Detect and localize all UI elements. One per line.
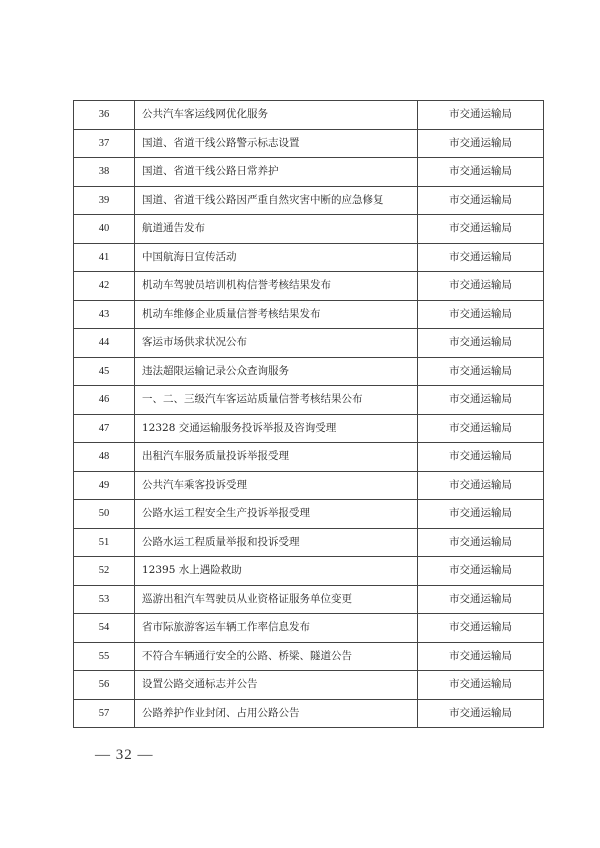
- row-number: 39: [74, 186, 135, 215]
- service-item: 机动车驾驶员培训机构信誉考核结果发布: [135, 272, 418, 301]
- table-row: 49公共汽车乘客投诉受理市交通运输局: [74, 471, 544, 500]
- row-number: 51: [74, 528, 135, 557]
- table-row: 39国道、省道干线公路因严重自然灾害中断的应急修复市交通运输局: [74, 186, 544, 215]
- table-row: 45违法超限运输记录公众查询服务市交通运输局: [74, 357, 544, 386]
- department: 市交通运输局: [418, 357, 544, 386]
- service-item: 国道、省道干线公路警示标志设置: [135, 129, 418, 158]
- service-item: 国道、省道干线公路因严重自然灾害中断的应急修复: [135, 186, 418, 215]
- department: 市交通运输局: [418, 300, 544, 329]
- row-number: 38: [74, 158, 135, 187]
- table-row: 42机动车驾驶员培训机构信誉考核结果发布市交通运输局: [74, 272, 544, 301]
- table-row: 5212395 水上遇险救助市交通运输局: [74, 557, 544, 586]
- row-number: 48: [74, 443, 135, 472]
- service-item: 客运市场供求状况公布: [135, 329, 418, 358]
- row-number: 49: [74, 471, 135, 500]
- department: 市交通运输局: [418, 671, 544, 700]
- row-number: 47: [74, 414, 135, 443]
- table-row: 38国道、省道干线公路日常养护市交通运输局: [74, 158, 544, 187]
- table-row: 53巡游出租汽车驾驶员从业资格证服务单位变更市交通运输局: [74, 585, 544, 614]
- service-item: 航道通告发布: [135, 215, 418, 244]
- department: 市交通运输局: [418, 500, 544, 529]
- service-item: 公路水运工程安全生产投诉举报受理: [135, 500, 418, 529]
- table-row: 4712328 交通运输服务投诉举报及咨询受理市交通运输局: [74, 414, 544, 443]
- row-number: 36: [74, 101, 135, 130]
- service-list-table: 36公共汽车客运线网优化服务市交通运输局37国道、省道干线公路警示标志设置市交通…: [73, 100, 544, 728]
- service-item: 公共汽车乘客投诉受理: [135, 471, 418, 500]
- table-row: 50公路水运工程安全生产投诉举报受理市交通运输局: [74, 500, 544, 529]
- service-item: 中国航海日宣传活动: [135, 243, 418, 272]
- row-number: 56: [74, 671, 135, 700]
- service-item: 12395 水上遇险救助: [135, 557, 418, 586]
- service-item: 12328 交通运输服务投诉举报及咨询受理: [135, 414, 418, 443]
- row-number: 53: [74, 585, 135, 614]
- service-item: 公路水运工程质量举报和投诉受理: [135, 528, 418, 557]
- table-row: 37国道、省道干线公路警示标志设置市交通运输局: [74, 129, 544, 158]
- row-number: 41: [74, 243, 135, 272]
- row-number: 50: [74, 500, 135, 529]
- row-number: 45: [74, 357, 135, 386]
- department: 市交通运输局: [418, 642, 544, 671]
- row-number: 43: [74, 300, 135, 329]
- department: 市交通运输局: [418, 329, 544, 358]
- table-body: 36公共汽车客运线网优化服务市交通运输局37国道、省道干线公路警示标志设置市交通…: [74, 101, 544, 728]
- table-row: 51公路水运工程质量举报和投诉受理市交通运输局: [74, 528, 544, 557]
- service-item: 公路养护作业封闭、占用公路公告: [135, 699, 418, 728]
- department: 市交通运输局: [418, 215, 544, 244]
- department: 市交通运输局: [418, 272, 544, 301]
- row-number: 42: [74, 272, 135, 301]
- row-number: 46: [74, 386, 135, 415]
- department: 市交通运输局: [418, 471, 544, 500]
- page-number: — 32 —: [95, 747, 154, 764]
- department: 市交通运输局: [418, 243, 544, 272]
- department: 市交通运输局: [418, 528, 544, 557]
- department: 市交通运输局: [418, 557, 544, 586]
- service-item: 机动车维修企业质量信誉考核结果发布: [135, 300, 418, 329]
- table-row: 57公路养护作业封闭、占用公路公告市交通运输局: [74, 699, 544, 728]
- row-number: 37: [74, 129, 135, 158]
- table-row: 40航道通告发布市交通运输局: [74, 215, 544, 244]
- department: 市交通运输局: [418, 585, 544, 614]
- service-item: 出租汽车服务质量投诉举报受理: [135, 443, 418, 472]
- table-row: 41中国航海日宣传活动市交通运输局: [74, 243, 544, 272]
- row-number: 40: [74, 215, 135, 244]
- row-number: 54: [74, 614, 135, 643]
- service-item: 巡游出租汽车驾驶员从业资格证服务单位变更: [135, 585, 418, 614]
- department: 市交通运输局: [418, 699, 544, 728]
- service-item: 不符合车辆通行安全的公路、桥梁、隧道公告: [135, 642, 418, 671]
- table-row: 44客运市场供求状况公布市交通运输局: [74, 329, 544, 358]
- department: 市交通运输局: [418, 129, 544, 158]
- table-row: 55不符合车辆通行安全的公路、桥梁、隧道公告市交通运输局: [74, 642, 544, 671]
- table-row: 48出租汽车服务质量投诉举报受理市交通运输局: [74, 443, 544, 472]
- table-row: 54省市际旅游客运车辆工作率信息发布市交通运输局: [74, 614, 544, 643]
- service-item: 公共汽车客运线网优化服务: [135, 101, 418, 130]
- table-row: 36公共汽车客运线网优化服务市交通运输局: [74, 101, 544, 130]
- department: 市交通运输局: [418, 186, 544, 215]
- department: 市交通运输局: [418, 386, 544, 415]
- table-row: 46一、二、三级汽车客运站质量信誉考核结果公布市交通运输局: [74, 386, 544, 415]
- department: 市交通运输局: [418, 158, 544, 187]
- service-item: 设置公路交通标志并公告: [135, 671, 418, 700]
- department: 市交通运输局: [418, 443, 544, 472]
- table-row: 56设置公路交通标志并公告市交通运输局: [74, 671, 544, 700]
- row-number: 57: [74, 699, 135, 728]
- department: 市交通运输局: [418, 614, 544, 643]
- service-item: 国道、省道干线公路日常养护: [135, 158, 418, 187]
- row-number: 52: [74, 557, 135, 586]
- row-number: 44: [74, 329, 135, 358]
- table-row: 43机动车维修企业质量信誉考核结果发布市交通运输局: [74, 300, 544, 329]
- department: 市交通运输局: [418, 101, 544, 130]
- row-number: 55: [74, 642, 135, 671]
- service-item: 一、二、三级汽车客运站质量信誉考核结果公布: [135, 386, 418, 415]
- department: 市交通运输局: [418, 414, 544, 443]
- service-item: 违法超限运输记录公众查询服务: [135, 357, 418, 386]
- service-item: 省市际旅游客运车辆工作率信息发布: [135, 614, 418, 643]
